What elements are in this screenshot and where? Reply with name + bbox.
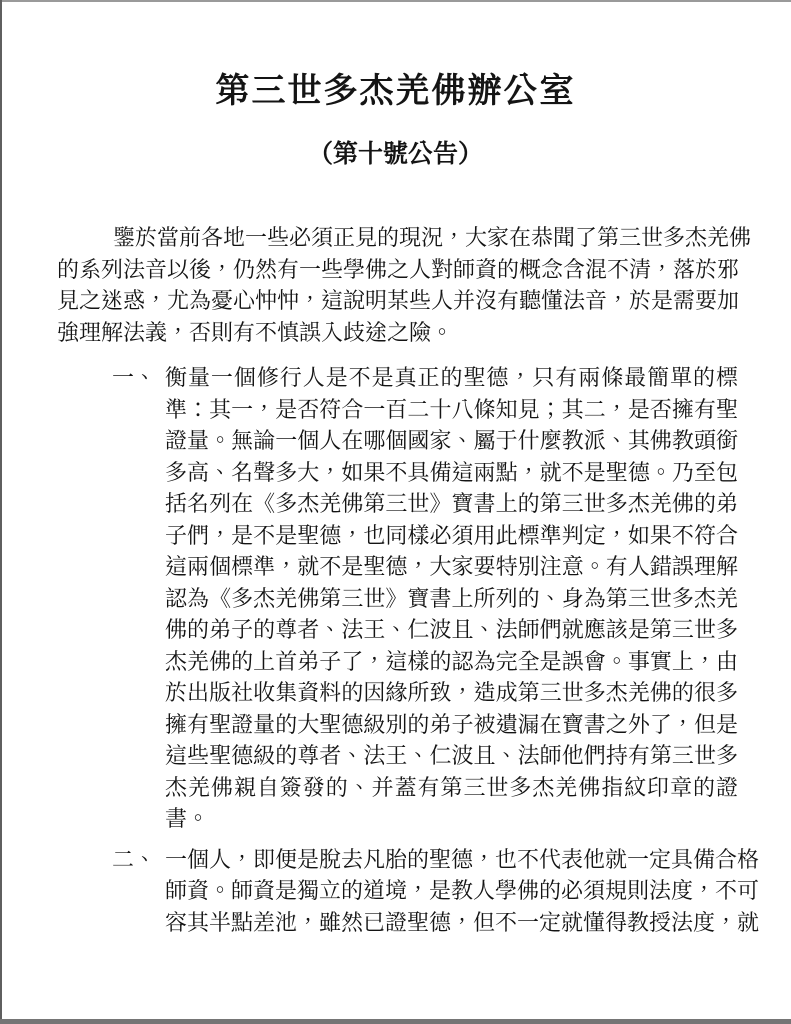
text-line: 準：其一，是否符合一百二十八條知見；其二，是否擁有聖 [165, 394, 738, 426]
text-line: 一個人，即便是脫去凡胎的聖德，也不代表他就一定具備合格 [165, 844, 738, 876]
text-line: 佛的弟子的尊者、法王、仁波且、法師們就應該是第三世多 [165, 614, 738, 646]
text-line: 杰羌佛的上首弟子了，這樣的認為完全是誤會。事實上，由 [165, 646, 738, 678]
document-body: 鑒於當前各地一些必須正見的現況，大家在恭聞了第三世多杰羌佛 的系列法音以後，仍然… [57, 222, 738, 938]
scan-edge-bottom [0, 1019, 791, 1024]
document-title: 第三世多杰羌佛辦公室 [0, 0, 791, 114]
scan-edge-left [0, 0, 2, 1024]
text-line: 師資。師資是獨立的道境，是教人學佛的必須規則法度，不可 [165, 875, 738, 907]
text-line: 子們，是不是聖德，也同樣必須用此標準判定，如果不符合 [165, 520, 738, 552]
text-line: 容其半點差池，雖然已證聖德，但不一定就懂得教授法度，就 [165, 907, 738, 939]
scan-edge-top [0, 0, 791, 2]
text-line: 衡量一個修行人是不是真正的聖德，只有兩條最簡單的標 [165, 362, 738, 394]
numbered-item-2: 二、 一個人，即便是脫去凡胎的聖德，也不代表他就一定具備合格 師資。師資是獨立的… [57, 844, 738, 939]
list-marker: 一、 [112, 362, 156, 394]
text-line: 這些聖德級的尊者、法王、仁波且、法師他們持有第三世多 [165, 740, 738, 772]
text-line: 擁有聖證量的大聖德級別的弟子被遺漏在寶書之外了，但是 [165, 709, 738, 741]
document-subtitle: （第十號公告） [0, 138, 791, 172]
text-line: 書。 [165, 803, 738, 835]
text-line: 杰羌佛親自簽發的、并蓋有第三世多杰羌佛指紋印章的證 [165, 772, 738, 804]
text-line: 認為《多杰羌佛第三世》寶書上所列的、身為第三世多杰羌 [165, 583, 738, 615]
text-line: 鑒於當前各地一些必須正見的現況，大家在恭聞了第三世多杰羌佛 [57, 222, 738, 254]
text-line: 這兩個標準，就不是聖德，大家要特別注意。有人錯誤理解 [165, 551, 738, 583]
text-line: 的系列法音以後，仍然有一些學佛之人對師資的概念含混不清，落於邪 [57, 254, 738, 286]
text-line: 強理解法義，否則有不慎誤入歧途之險。 [57, 317, 738, 349]
list-marker: 二、 [112, 844, 156, 876]
text-line: 證量。無論一個人在哪個國家、屬于什麼教派、其佛教頭銜 [165, 425, 738, 457]
text-line: 見之迷惑，尤為憂心忡忡，這說明某些人并沒有聽懂法音，於是需要加 [57, 285, 738, 317]
numbered-item-1: 一、 衡量一個修行人是不是真正的聖德，只有兩條最簡單的標 準：其一，是否符合一百… [57, 362, 738, 835]
text-line: 多高、名聲多大，如果不具備這兩點，就不是聖德。乃至包 [165, 457, 738, 489]
opening-paragraph: 鑒於當前各地一些必須正見的現況，大家在恭聞了第三世多杰羌佛 的系列法音以後，仍然… [57, 222, 738, 348]
scanned-document-page: 第三世多杰羌佛辦公室 （第十號公告） 鑒於當前各地一些必須正見的現況，大家在恭聞… [0, 0, 791, 1024]
text-line: 於出版社收集資料的因緣所致，造成第三世多杰羌佛的很多 [165, 677, 738, 709]
text-line: 括名列在《多杰羌佛第三世》寶書上的第三世多杰羌佛的弟 [165, 488, 738, 520]
